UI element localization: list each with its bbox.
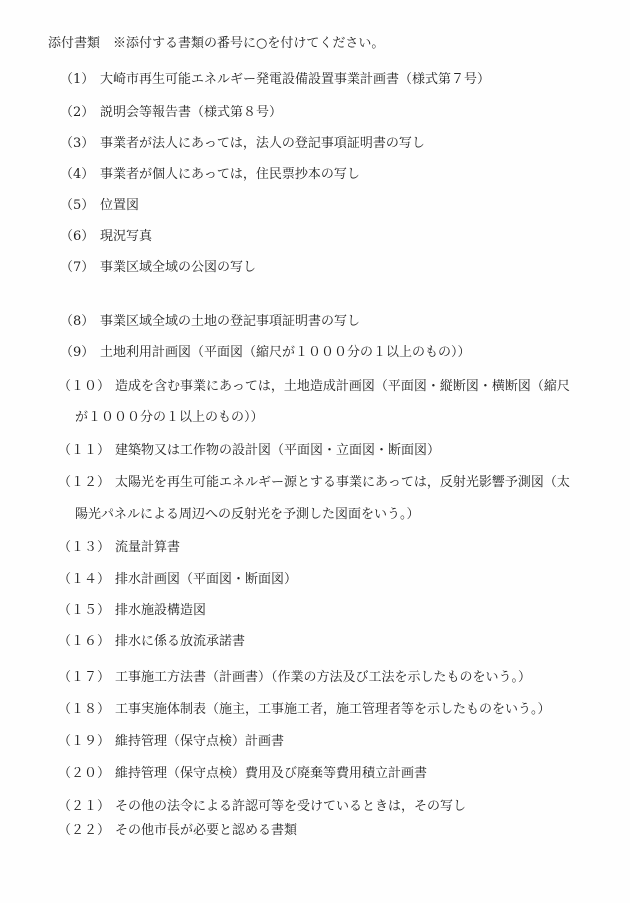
item-text: 工事実施体制表（施主，工事施工者，施工管理者等を示したものをいう。） [115, 702, 551, 718]
item-text: その他市長が必要と認める書類 [115, 823, 297, 839]
item-text: 太陽光を再生可能エネルギー源とする事業にあっては，反射光影響予測図（太 [115, 475, 570, 491]
item-number: （１２） [58, 475, 110, 491]
item-number: （２２） [58, 823, 110, 839]
item-number: （１９） [58, 734, 110, 750]
item-number: （１６） [58, 634, 110, 650]
item-text: 造成を含む事業にあっては，土地造成計画図（平面図・縦断図・横断図（縮尺 [115, 379, 570, 395]
item-text: 建築物又は工作物の設計図（平面図・立面図・断面図） [115, 443, 440, 459]
document-heading: 添付書類 ※添付する書類の番号に○を付けてください。 [48, 36, 384, 52]
item-text: 維持管理（保守点検）計画書 [115, 734, 284, 750]
item-text: 事業区域全域の公図の写し [100, 260, 256, 276]
item-number: （１８） [58, 702, 110, 718]
item-number: （2） [60, 105, 94, 121]
item-number: （１４） [58, 572, 110, 588]
item-number: （6） [60, 229, 94, 245]
item-text: 排水施設構造図 [115, 603, 206, 619]
item-number: （１３） [58, 540, 110, 556]
item-number: （１５） [58, 603, 110, 619]
item-text: 工事施工方法書（計画書）（作業の方法及び工法を示したものをいう。） [115, 670, 531, 686]
item-text: 土地利用計画図（平面図（縮尺が１０００分の１以上のもの）） [100, 345, 471, 361]
item-number: （7） [60, 260, 94, 276]
item-number: （１０） [58, 379, 110, 395]
item-text-continuation: 陽光パネルによる周辺への反射光を予測した図面をいう。） [75, 507, 420, 523]
item-number: （4） [60, 167, 94, 183]
item-number: （5） [60, 198, 94, 214]
item-number: （２１） [58, 799, 110, 815]
item-text: 大崎市再生可能エネルギー発電設備設置事業計画書（様式第７号） [100, 72, 490, 88]
item-text: 現況写真 [100, 229, 152, 245]
item-number: （8） [60, 314, 94, 330]
item-number: （１７） [58, 670, 110, 686]
item-text: 位置図 [100, 198, 139, 214]
item-text: 事業者が個人にあっては，住民票抄本の写し [100, 167, 360, 183]
item-number: （１１） [58, 443, 110, 459]
item-number: （２０） [58, 766, 110, 782]
item-text: 流量計算書 [115, 540, 180, 556]
item-number: （3） [60, 136, 94, 152]
item-text: 排水に係る放流承諾書 [115, 634, 245, 650]
item-number: （9） [60, 345, 94, 361]
item-text: 説明会等報告書（様式第８号） [100, 105, 282, 121]
item-text: その他の法令による許認可等を受けているときは，その写し [115, 799, 466, 815]
item-text: 維持管理（保守点検）費用及び廃棄等費用積立計画書 [115, 766, 427, 782]
item-number: （1） [60, 72, 94, 88]
item-text-continuation: が１０００分の１以上のもの）） [75, 410, 264, 426]
item-text: 事業者が法人にあっては，法人の登記事項証明書の写し [100, 136, 425, 152]
item-text: 事業区域全域の土地の登記事項証明書の写し [100, 314, 360, 330]
item-text: 排水計画図（平面図・断面図） [115, 572, 297, 588]
